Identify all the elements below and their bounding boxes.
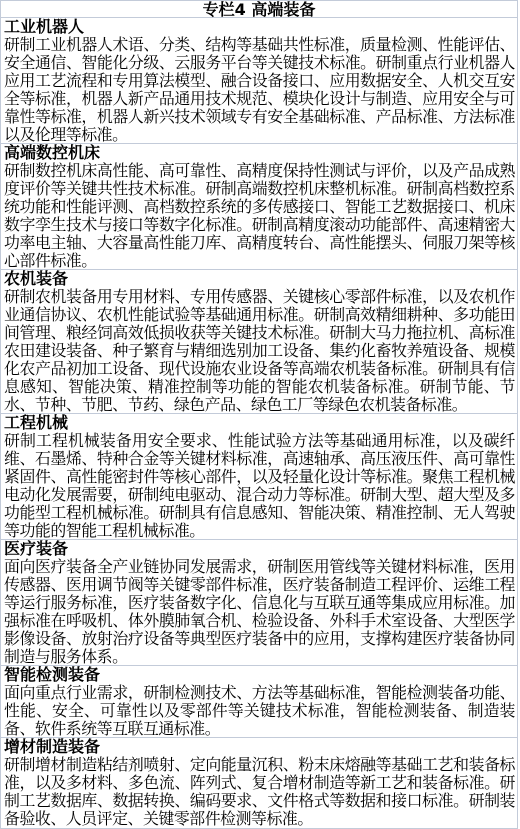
section-medical-equipment: 医疗装备 面向医疗装备全产业链协同发展需求，研制医用管线等关键材料标准，医用传感… (1, 540, 517, 666)
section-additive-manufacturing: 增材制造装备 研制增材制造粘结剂喷射、定向能量沉积、粉末床熔融等基础工艺和装备标… (1, 738, 517, 828)
section-heading: 高端数控机床 (4, 144, 515, 162)
section-body: 研制农机装备用专用材料、专用传感器、关键核心零部件标准，以及农机作业通信协议、农… (4, 288, 515, 414)
section-body: 研制数控机床高性能、高可靠性、高精度保持性测试与评价，以及产品成熟度评价等关键共… (4, 162, 515, 270)
section-intelligent-inspection: 智能检测装备 面向重点行业需求，研制检测技术、方法等基础标准，智能检测装备功能、… (1, 666, 517, 738)
section-heading: 增材制造装备 (4, 738, 515, 756)
section-heading: 工业机器人 (4, 18, 515, 36)
section-cnc-machine-tool: 高端数控机床 研制数控机床高性能、高可靠性、高精度保持性测试与评价，以及产品成熟… (1, 144, 517, 270)
section-heading: 医疗装备 (4, 540, 515, 558)
section-heading: 工程机械 (4, 414, 515, 432)
section-industrial-robot: 工业机器人 研制工业机器人术语、分类、结构等基础共性标准，质量检测、性能评估、安… (1, 18, 517, 144)
section-body: 研制增材制造粘结剂喷射、定向能量沉积、粉末床熔融等基础工艺和装备标准，以及多材料… (4, 756, 515, 828)
section-heading: 农机装备 (4, 270, 515, 288)
column-box-high-end-equipment: 专栏4 高端装备 工业机器人 研制工业机器人术语、分类、结构等基础共性标准，质量… (0, 0, 518, 829)
section-heading: 智能检测装备 (4, 666, 515, 684)
box-title: 专栏4 高端装备 (1, 0, 517, 18)
section-body: 研制工程机械装备用安全要求、性能试验方法等基础通用标准，以及碳纤维、石墨烯、特种… (4, 432, 515, 540)
section-body: 面向重点行业需求，研制检测技术、方法等基础标准，智能检测装备功能、性能、安全、可… (4, 684, 515, 738)
section-body: 研制工业机器人术语、分类、结构等基础共性标准，质量检测、性能评估、安全通信、智能… (4, 36, 515, 144)
section-body: 面向医疗装备全产业链协同发展需求，研制医用管线等关键材料标准，医用传感器、医用调… (4, 558, 515, 666)
section-agricultural-machinery: 农机装备 研制农机装备用专用材料、专用传感器、关键核心零部件标准，以及农机作业通… (1, 270, 517, 414)
section-construction-machinery: 工程机械 研制工程机械装备用安全要求、性能试验方法等基础通用标准，以及碳纤维、石… (1, 414, 517, 540)
